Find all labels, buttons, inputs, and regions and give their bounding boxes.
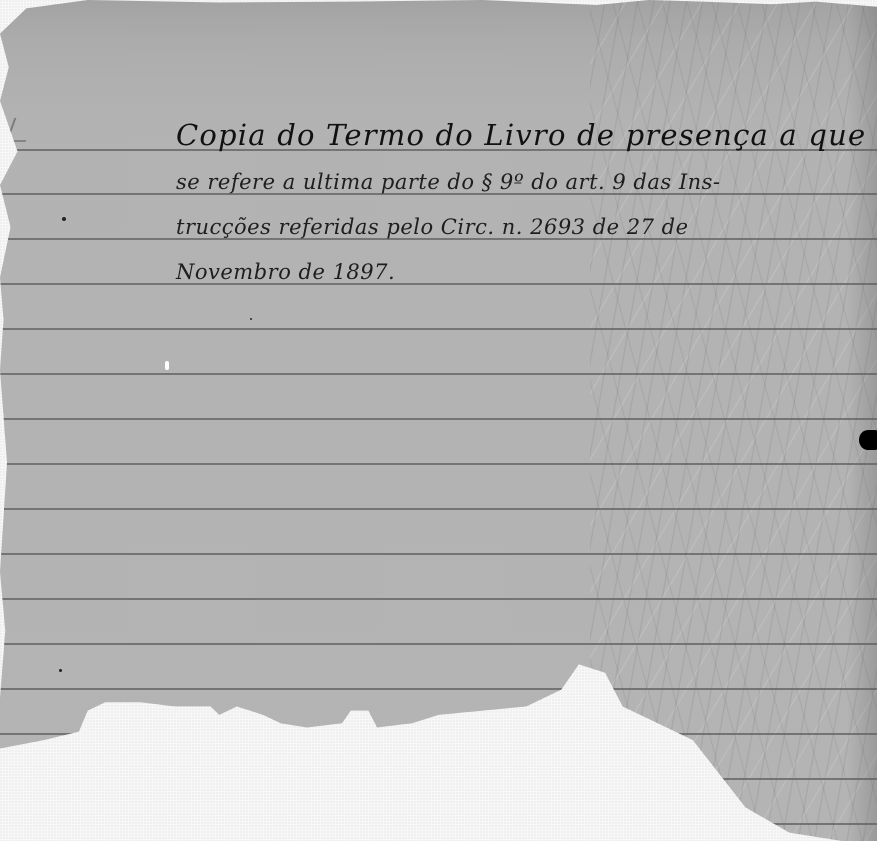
ruled-line: [0, 463, 877, 465]
handwritten-line-3: trucções referidas pelo Circ. n. 2693 de…: [176, 215, 689, 239]
handwritten-line-2: se refere a ultima parte do § 9º do art.…: [176, 170, 721, 194]
ink-speck: [250, 318, 252, 320]
ruled-line: [0, 418, 877, 420]
ruled-line: [0, 688, 877, 690]
ruled-line: [0, 643, 877, 645]
ruled-line: [0, 733, 877, 735]
handwritten-line-4: Novembro de 1897.: [176, 260, 395, 284]
ruled-line: [0, 598, 877, 600]
paper-hole: [165, 361, 169, 370]
ruled-line: [0, 373, 877, 375]
ruled-line: [0, 553, 877, 555]
ink-speck: [59, 669, 62, 672]
ruled-line: [0, 778, 877, 780]
ink-speck: [62, 217, 66, 221]
paper-sheet: Copia do Termo do Livro de presença a qu…: [0, 0, 877, 841]
edge-tear: [6, 118, 35, 142]
ruled-line: [0, 508, 877, 510]
ink-blot: [859, 430, 877, 450]
ruled-line: [0, 823, 877, 825]
ruled-line: [0, 328, 877, 330]
scanned-document: Copia do Termo do Livro de presença a qu…: [0, 0, 877, 841]
ruled-line: [0, 283, 877, 285]
handwritten-line-1: Copia do Termo do Livro de presença a qu…: [176, 118, 866, 152]
